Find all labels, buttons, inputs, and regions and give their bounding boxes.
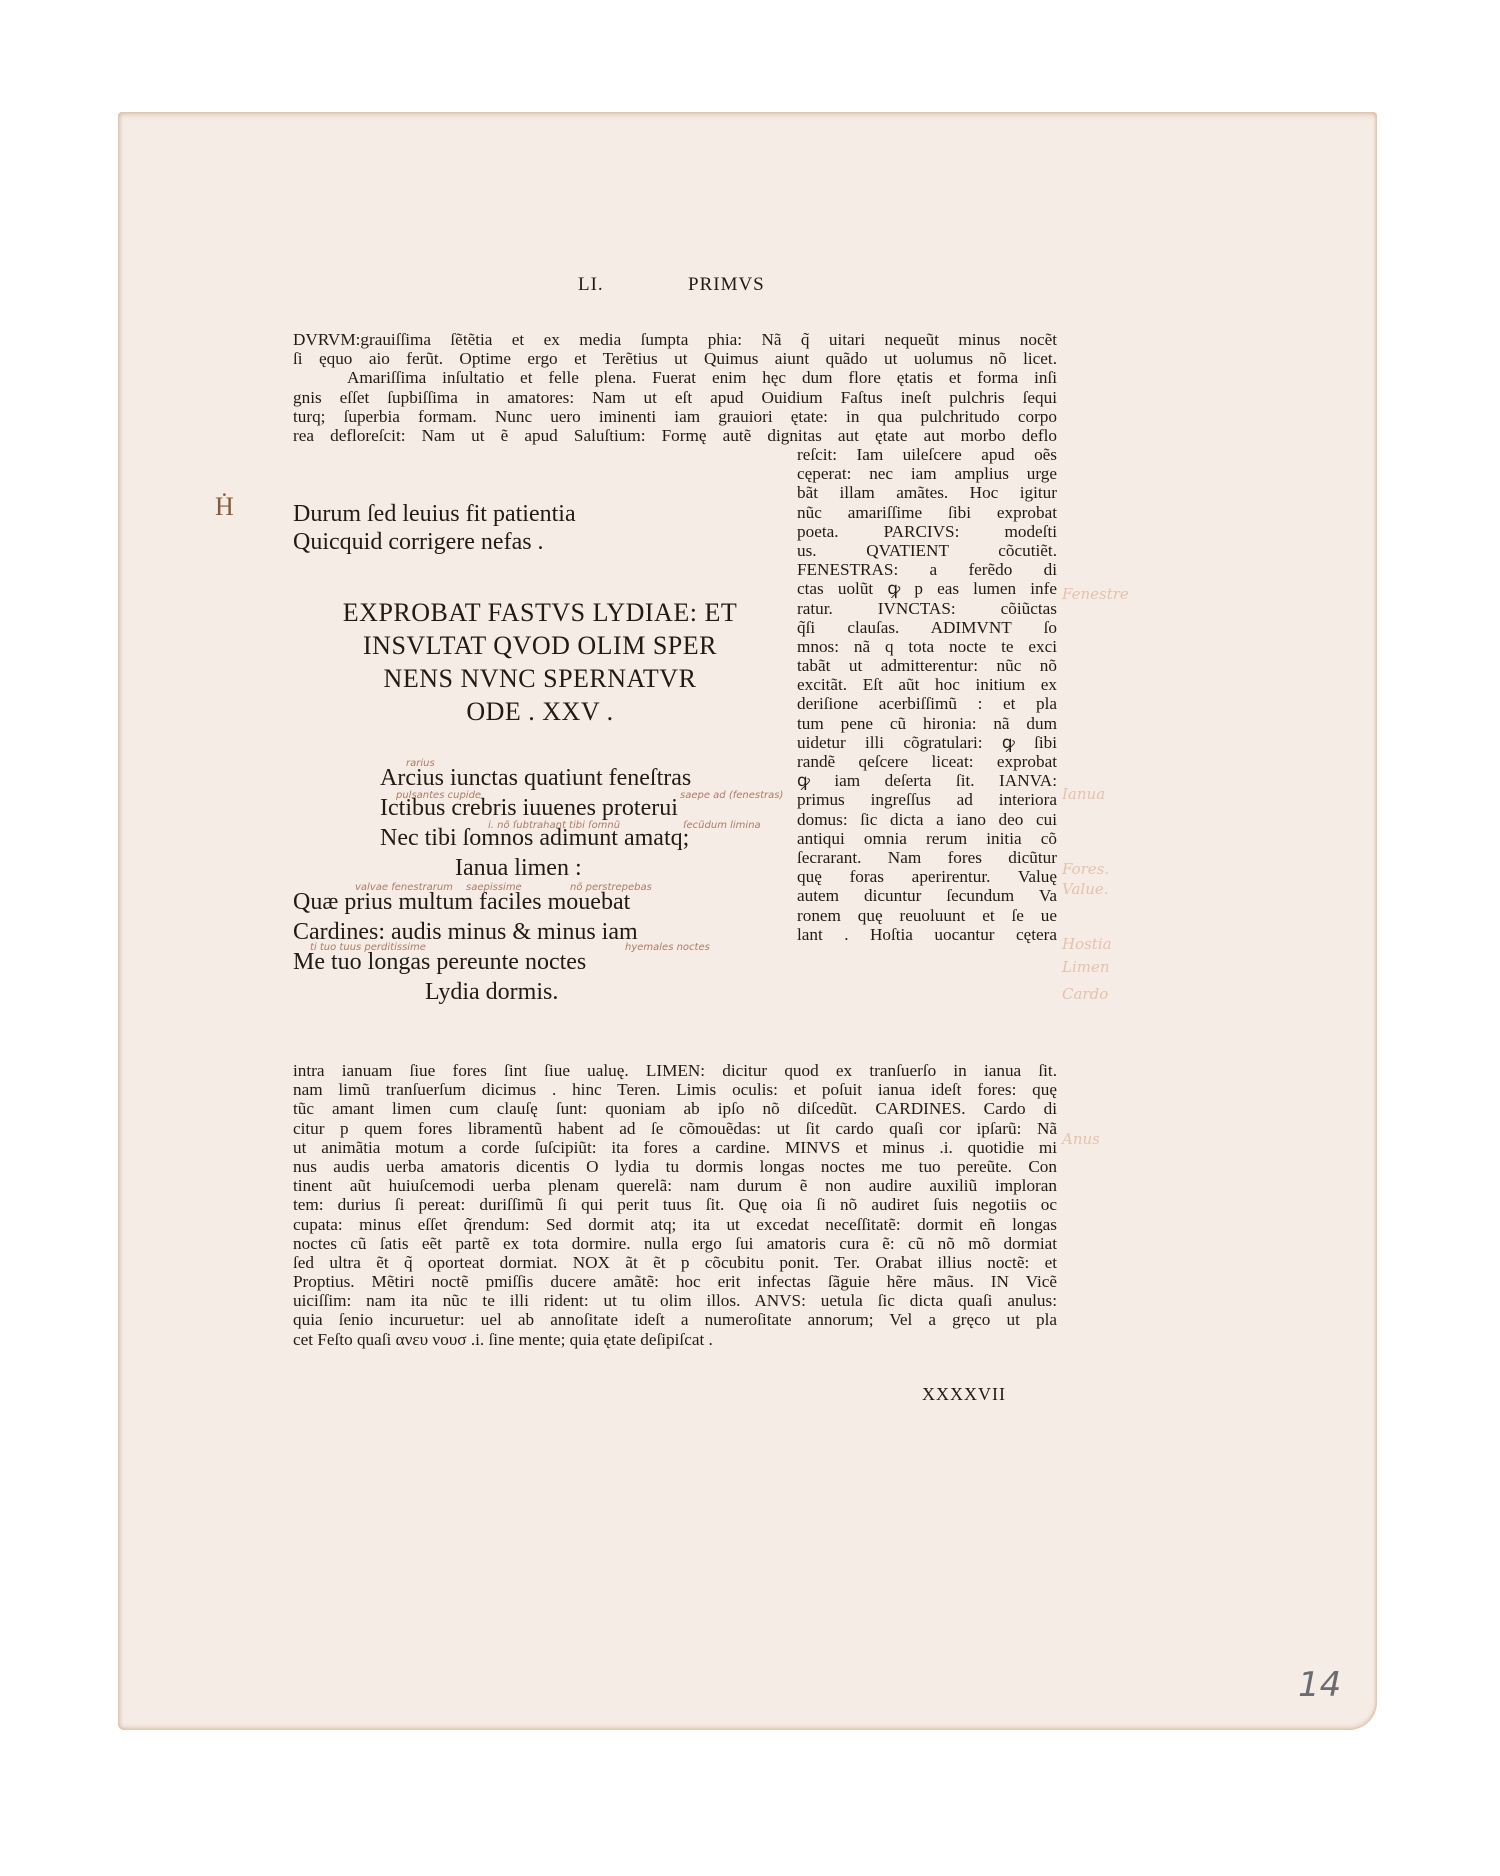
margin-note: Fenestre <box>1062 585 1129 603</box>
folio-signature: XXXXVII <box>922 1384 1006 1405</box>
commentary-line: nam limũ tranſuerſum dicimus . hinc Tere… <box>293 1080 1057 1099</box>
commentary-line: ſed ultra ẽt q̃ oporteat dormiat. NOX ãt… <box>293 1253 1057 1272</box>
commentary-line: domus: ſic dicta a iano deo cui <box>797 810 1057 829</box>
commentary-line: turq; ſuperbia formam. Nunc uero iminent… <box>293 407 1057 426</box>
title-line: EXPROBAT FASTVS LYDIAE: ET <box>300 596 780 629</box>
commentary-line: q̃ſi clauſas. ADIMVNT ſo <box>797 618 1057 637</box>
commentary-line: DVRVM:grauiſſima ſẽtẽtia et ex media ſum… <box>293 330 1057 349</box>
commentary-top: DVRVM:grauiſſima ſẽtẽtia et ex media ſum… <box>293 330 1057 445</box>
verse-line: Ianua limen : <box>455 854 582 882</box>
epigraph-line: Durum ſed leuius fit patientia <box>293 500 576 528</box>
commentary-line: us. QVATIENT cõcutiẽt. <box>797 541 1057 560</box>
handwritten-gloss: ti tuo tuus perditissime <box>310 942 426 953</box>
commentary-line: Proptius. Mẽtiri noctẽ pmiſſis ducere am… <box>293 1272 1057 1291</box>
commentary-line: quia ſenio incuruetur: uel ab annoſitate… <box>293 1310 1057 1329</box>
handwritten-gloss: ſecũdum limina <box>683 820 761 831</box>
commentary-line: ſi ęquo aio ferũt. Optime ergo et Terẽti… <box>293 349 1057 368</box>
commentary-line: noctes cũ ſatis eẽt partẽ ex tota dormir… <box>293 1234 1057 1253</box>
commentary-line: cupata: minus eſſet q̃rendum: Sed dormit… <box>293 1215 1057 1234</box>
epigraph-line: Quicquid corrigere nefas . <box>293 528 576 556</box>
margin-note: Cardo <box>1062 985 1108 1003</box>
commentary-line: uidetur illi cõgratulari: ꝙ ſibi <box>797 733 1057 752</box>
book-number: LI. <box>578 274 604 296</box>
commentary-line: deriſione acerbiſſimũ : et pla <box>797 694 1057 713</box>
commentary-line: nus audis uerba amatoris dicentis O lydi… <box>293 1157 1057 1176</box>
handwritten-gloss: hyemales noctes <box>625 942 710 953</box>
commentary-line: tum pene cũ hironia: nã dum <box>797 714 1057 733</box>
commentary-line: tũc amant limen cum clauſę ſunt: quoniam… <box>293 1099 1057 1118</box>
commentary-line: bãt illam amãtes. Hoc igitur <box>797 483 1057 502</box>
commentary-line: autem dicuntur ſecundum Va <box>797 886 1057 905</box>
commentary-line: mnos: nã q tota nocte te exci <box>797 637 1057 656</box>
margin-mark-icon: Ḣ <box>215 492 234 522</box>
commentary-line: rea defloreſcit: Nam ut ẽ apud Saluſtium… <box>293 426 1057 445</box>
title-line: ODE . XXV . <box>300 695 780 728</box>
handwritten-gloss: saepe ad (fenestras) <box>680 790 783 801</box>
commentary-line: ꝙ iam deſerta ſit. IANVA: <box>797 771 1057 790</box>
commentary-line: cet Feſto quaſi ανευ νουσ .i. ſine mente… <box>293 1330 853 1349</box>
commentary-line: uiciſſim: nam ita nũc te illi rident: ut… <box>293 1291 1057 1310</box>
title-line: NENS NVNC SPERNATVR <box>300 662 780 695</box>
commentary-line: lant . Hoſtia uocantur cętera <box>797 925 1057 944</box>
commentary-line: nũc amariſſime ſibi exprobat <box>797 503 1057 522</box>
commentary-line: cęperat: nec iam amplius urge <box>797 464 1057 483</box>
handwritten-gloss: valvae fenestrarum <box>355 882 453 893</box>
handwritten-gloss: nõ perstrepebas <box>570 882 652 893</box>
margin-note: Anus <box>1062 1130 1100 1148</box>
pencil-page-number: 14 <box>1298 1665 1341 1705</box>
margin-note: Hostia <box>1062 935 1112 953</box>
commentary-line: ratur. IVNCTAS: cõiũctas <box>797 599 1057 618</box>
margin-note: Limen <box>1062 958 1110 976</box>
commentary-line: primus ingreſſus ad interiora <box>797 790 1057 809</box>
commentary-right-column: reſcit: Iam uileſcere apud oẽs cęperat: … <box>797 445 1057 944</box>
handwritten-gloss: rarius <box>406 758 435 769</box>
commentary-line: ſecrarant. Nam fores dicũtur <box>797 848 1057 867</box>
title-line: INSVLTAT QVOD OLIM SPER <box>300 629 780 662</box>
running-title: PRIMVS <box>688 274 765 296</box>
commentary-line: antiqui omnia rerum initia cõ <box>797 829 1057 848</box>
poem-epigraph: Durum ſed leuius fit patientia Quicquid … <box>293 500 576 556</box>
commentary-line: Amariſſima inſultatio et felle plena. Fu… <box>293 368 1057 387</box>
handwritten-gloss: saepissime <box>466 882 522 893</box>
commentary-bottom: intra ianuam ſiue fores ſint ſiue ualuę.… <box>293 1061 1057 1349</box>
commentary-line: citur p quem fores libramentũ habent ad … <box>293 1119 1057 1138</box>
verse-line: Lydia dormis. <box>425 978 558 1006</box>
commentary-line: ronem quę reuoluunt et ſe ue <box>797 906 1057 925</box>
commentary-line: tem: durius ſi pereat: duriſſimũ ſi qui … <box>293 1195 1057 1214</box>
commentary-line: FENESTRAS: a ferẽdo di <box>797 560 1057 579</box>
commentary-line: excitãt. Eſt aũt hoc initium ex <box>797 675 1057 694</box>
commentary-line: reſcit: Iam uileſcere apud oẽs <box>797 445 1057 464</box>
handwritten-gloss: i. nõ ſubtrahant tibi ſomnũ <box>488 820 620 831</box>
commentary-line: tinent aũt huiuſcemodi uerba plenam quer… <box>293 1176 1057 1195</box>
margin-note: Fores. <box>1062 860 1109 878</box>
commentary-line: gnis eſſet ſupbiſſima in amatores: Nam u… <box>293 388 1057 407</box>
commentary-line: randẽ qeſcere liceat: exprobat <box>797 752 1057 771</box>
handwritten-gloss: pulsantes cupide <box>396 790 481 801</box>
commentary-line: intra ianuam ſiue fores ſint ſiue ualuę.… <box>293 1061 1057 1080</box>
margin-note: Ianua <box>1062 785 1105 803</box>
commentary-line: ut animãtia motum a corde ſuſcipiũt: ita… <box>293 1138 1057 1157</box>
ode-title: EXPROBAT FASTVS LYDIAE: ET INSVLTAT QVOD… <box>300 596 780 728</box>
margin-note: Value. <box>1062 880 1109 898</box>
commentary-line: ctas uolũt ꝙ p eas lumen infe <box>797 579 1057 598</box>
commentary-line: tabãt ut admitterentur: nũc nõ <box>797 656 1057 675</box>
commentary-line: poeta. PARCIVS: modeſti <box>797 522 1057 541</box>
commentary-line: quę foras aperirentur. Valuę <box>797 867 1057 886</box>
